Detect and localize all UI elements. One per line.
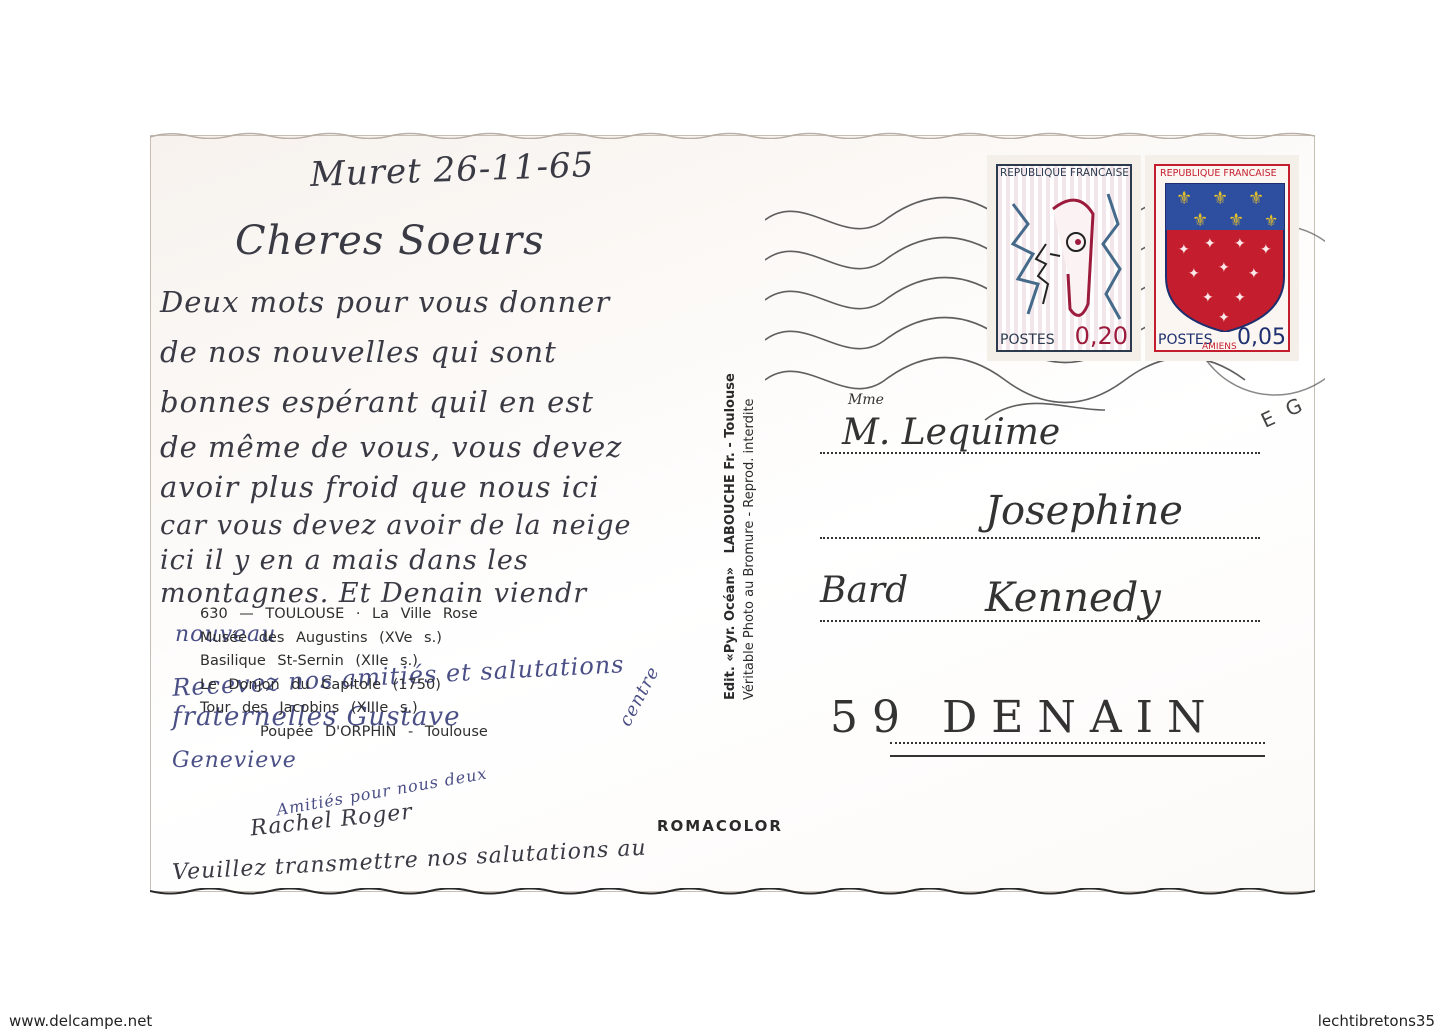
svg-text:✦: ✦ — [1234, 236, 1246, 252]
caption-doll: Poupée D'ORPHIN - Toulouse — [200, 721, 488, 745]
publisher-credit: Edit. «Pyr. Océan» LABOUCHE Fr. - Toulou… — [721, 373, 759, 700]
svg-text:✦: ✦ — [1260, 242, 1272, 258]
svg-text:✦: ✦ — [1204, 236, 1216, 252]
caption-item: Tour des Jacobins (XIIIe s.) — [200, 697, 488, 721]
address-line — [820, 620, 1260, 622]
stamp-country: REPUBLIQUE FRANCAISE — [1000, 167, 1129, 179]
stamp-value: 0,05 — [1237, 325, 1286, 350]
message-line: ici il y en a mais dans les — [160, 545, 529, 576]
message-line: Genevieve — [172, 748, 297, 773]
message-line: Deux mots pour vous donner — [160, 285, 610, 319]
address-line — [820, 537, 1260, 539]
publisher-edition: Edit. «Pyr. Océan» — [723, 567, 738, 700]
site-watermark: www.delcampe.net — [9, 1012, 152, 1030]
address-name: M. Lequime — [842, 412, 1060, 453]
brand-romacolor: ROMACOLOR — [657, 817, 783, 835]
stamp-country: REPUBLIQUE FRANCAISE — [1160, 168, 1277, 179]
address-salutation: Mme — [848, 392, 884, 408]
printed-caption: 630 — TOULOUSE · La Ville Rose Musée des… — [200, 603, 488, 744]
stamp-postes-label: POSTES — [1000, 332, 1055, 348]
svg-text:⚜: ⚜ — [1212, 188, 1228, 209]
svg-text:✦: ✦ — [1218, 260, 1230, 276]
address-line — [890, 742, 1265, 744]
greeting: Cheres Soeurs — [235, 218, 545, 264]
caption-item: Le Donjon du Capitole (1750) — [200, 674, 488, 698]
caption-item: Basilique St-Sernin (XIIe s.) — [200, 650, 488, 674]
svg-text:✦: ✦ — [1248, 266, 1260, 282]
svg-text:✦: ✦ — [1178, 242, 1190, 258]
svg-text:⚜: ⚜ — [1264, 211, 1278, 230]
message-line: avoir plus froid que nous ici — [160, 470, 600, 504]
svg-text:⚜: ⚜ — [1228, 210, 1244, 231]
message-line: bonnes espérant quil en est — [160, 385, 594, 419]
svg-text:✦: ✦ — [1188, 266, 1200, 282]
address-underline — [890, 755, 1265, 757]
svg-text:⚜: ⚜ — [1248, 188, 1264, 209]
stamp-city: AMIENS — [1202, 342, 1237, 352]
svg-text:⚜: ⚜ — [1176, 188, 1192, 209]
address-line — [820, 452, 1260, 454]
seller-watermark: lechtibretons35 — [1318, 1012, 1435, 1030]
caption-item: Musée des Augustins (XVe s.) — [200, 627, 488, 651]
stamp-amiens: REPUBLIQUE FRANCAISE ⚜⚜⚜ ⚜⚜⚜ ✦✦✦✦ ✦✦✦ ✦✦… — [1148, 158, 1296, 358]
publisher-name: LABOUCHE Fr. - Toulouse — [723, 373, 738, 553]
svg-text:⚜: ⚜ — [1192, 210, 1208, 231]
marianne-portrait-icon — [1008, 184, 1128, 334]
address-first-name: Josephine — [985, 488, 1183, 534]
caption-title: 630 — TOULOUSE · La Ville Rose — [200, 603, 488, 627]
svg-text:✦: ✦ — [1202, 290, 1214, 306]
svg-text:✦: ✦ — [1218, 310, 1230, 326]
message-line: de même de vous, vous devez — [160, 430, 622, 464]
message-line: de nos nouvelles qui sont — [160, 335, 557, 369]
coat-of-arms-icon: ⚜⚜⚜ ⚜⚜⚜ ✦✦✦✦ ✦✦✦ ✦✦✦ — [1164, 182, 1286, 332]
svg-text:✦: ✦ — [1234, 290, 1246, 306]
deckled-edge-top — [150, 131, 1315, 139]
stamp-value: 0,20 — [1075, 322, 1128, 350]
address-city: 59 DENAIN — [830, 692, 1220, 743]
publisher-note: Véritable Photo au Bromure - Reprod. int… — [740, 373, 759, 700]
stamp-marianne: REPUBLIQUE FRANCAISE POSTES 0,20 — [990, 158, 1138, 358]
address-street: Kennedy — [985, 575, 1161, 621]
address-street-prefix: Bard — [820, 570, 908, 611]
message-line: car vous devez avoir de la neige — [160, 510, 632, 541]
deckled-edge-bottom — [150, 888, 1315, 896]
